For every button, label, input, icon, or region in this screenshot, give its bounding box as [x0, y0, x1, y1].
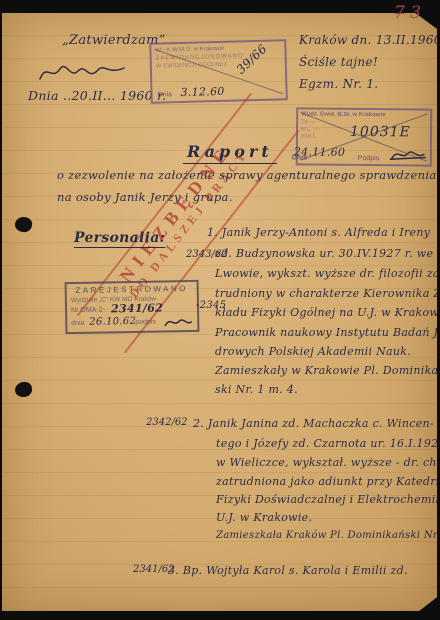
- place-and-date: Kraków dn. 13.II.1960 r.: [299, 33, 440, 47]
- personalia-label: Personalia:: [74, 230, 165, 248]
- entry-line: Fizyki Doświadczalnej i Elektrochemii na: [216, 493, 440, 506]
- stamp-date-handwritten: 26.10.62: [89, 316, 136, 328]
- approver-signature: [36, 57, 128, 87]
- entry-line: 3. Bp. Wojtyła Karol s. Karola i Emilii …: [168, 564, 408, 577]
- page-number: 3: [410, 3, 421, 23]
- crossed-mark: 7̶: [394, 3, 405, 23]
- copy-number: Egzm. Nr. 1.: [299, 77, 378, 91]
- evidence-stamp-right: Wydz. Ewid. B.Sł. w Krakowie Ze — w L. —…: [296, 107, 433, 166]
- registered-stamp: ZAREJESTROWANO Wydziale „C” KW MO Kraków…: [65, 280, 200, 334]
- stamp-podpis-label: Podpis: [358, 155, 379, 162]
- entry-line: drowych Polskiej Akademii Nauk.: [215, 345, 411, 358]
- stamp-podpis-label: podpis: [135, 319, 156, 326]
- stamp-dnia-label: dnia: [71, 320, 84, 327]
- entry-line: 1. Janik Jerzy-Antoni s. Alfreda i Ireny: [207, 226, 430, 239]
- registration-stamp-top: W□ K.W.M.O. w Krakowie ZAEWIDENCJONOWANO…: [149, 39, 288, 104]
- entry-line: Zamieszkały w Krakowie Pl. Dominikań-: [215, 364, 440, 377]
- margin-number-2: 2342/62: [146, 417, 188, 428]
- entry-line: Zamieszkała Kraków Pl. Dominikański Nr. …: [216, 530, 440, 541]
- case-number-handwritten: 2341/62: [111, 301, 163, 315]
- entry-line: kładu Fizyki Ogólnej na U.J. w Krakowie.: [215, 306, 440, 319]
- entry-line: trudniony w charakterze Kierownika Za-: [215, 287, 440, 300]
- stamp-signature: [390, 146, 426, 162]
- entry-line: zd. Budzynowska ur. 30.IV.1927 r. we: [215, 247, 433, 260]
- approval-date: Dnia ..20.II... 1960 r.: [28, 88, 166, 103]
- entry-line: ski Nr. 1 m. 4.: [215, 383, 298, 396]
- entry-line: U.J. w Krakowie.: [216, 511, 312, 524]
- intro-line-2: na osoby Janik Jerzy i grupa.: [57, 190, 233, 204]
- report-title: Raport: [183, 142, 277, 164]
- registration-number-handwritten: 10031E: [350, 124, 411, 141]
- entry-line: tego i Józefy zd. Czarnota ur. 16.I.1925…: [216, 437, 440, 450]
- stamp-date-handwritten: 3.12.60: [180, 85, 224, 99]
- stamp-line: Wydz. Ewid. B.Sł. w Krakowie: [301, 111, 427, 118]
- entry-line: w Wieliczce, wykształ. wyższe - dr. chem…: [216, 456, 440, 469]
- intro-line-1: o zezwolenie na założenie sprawy agentur…: [57, 168, 436, 182]
- stamp-nr-label: Nr OMA-2-: [71, 306, 105, 314]
- entry-line: zatrudniona jako adiunkt przy Katedrze: [216, 475, 440, 488]
- stamp-dnia-label: Dnia: [158, 91, 173, 98]
- stamp-date-handwritten: 24.11.60: [294, 145, 346, 158]
- document-page: „Zatwierdzam” Dnia ..20.II... 1960 r. Kr…: [2, 13, 437, 611]
- page-number-note: 7̶ 3: [394, 3, 421, 23]
- stamp-signature: [163, 315, 193, 330]
- entry-line: 2. Janik Janina zd. Machaczka c. Wincen-: [193, 417, 434, 430]
- entry-line: Pracownik naukowy Instytutu Badań Ją-: [215, 326, 440, 339]
- secrecy-note: Ściśle tajne!: [299, 55, 378, 69]
- stamp-title: ZAREJESTROWANO: [67, 284, 197, 295]
- entry-line: Lwowie, wykszt. wyższe dr. filozofii za-: [215, 267, 440, 280]
